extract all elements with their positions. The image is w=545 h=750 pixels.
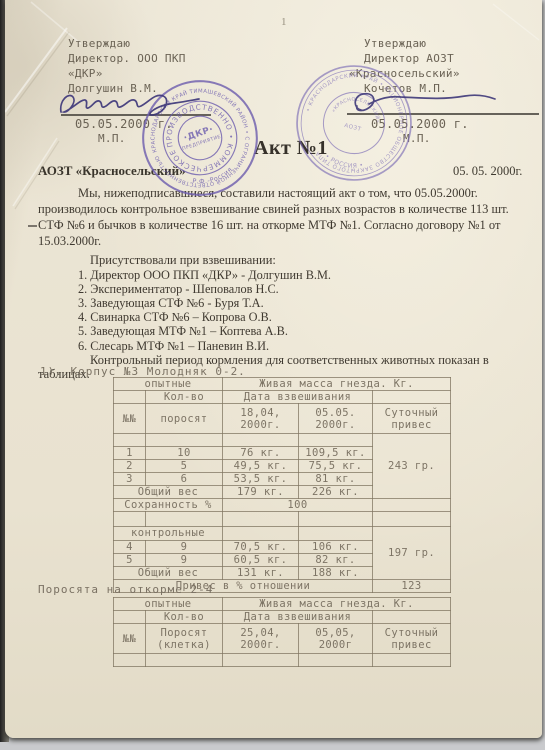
table-cell [146, 654, 223, 667]
table2-caption: Поросята на откорме 2-4 [38, 583, 213, 596]
table-cell: 2 [114, 460, 146, 473]
signature-right [345, 88, 501, 122]
table-cell [223, 527, 299, 540]
table-cell: 9 [146, 553, 223, 566]
table1-h-kolvo: Кол-во [146, 391, 223, 404]
table2-h-data: Дата взвешивания [223, 611, 373, 624]
sohrannost-label: Сохранность % [114, 499, 223, 512]
table-cell: 3 [114, 473, 146, 486]
table-cell [114, 512, 146, 527]
attendee-item: 1. Директор ООО ПКП «ДКР» - Долгушин В.М… [78, 268, 512, 282]
approve-left-line2: Директор. ООО ПКП [68, 51, 186, 66]
table-cell: 49,5 кг. [223, 460, 299, 473]
table-cell [114, 611, 146, 624]
table-cell: 109,5 кг. [299, 447, 373, 460]
table-cell: 70,5 кг. [223, 540, 299, 553]
attendee-item: 2. Экспериментатор - Шеповалов Н.С. [78, 282, 512, 296]
paper: 1 Утверждаю Директор. ООО ПКП «ДКР» Долг… [5, 0, 542, 738]
table1-prives-opytnye: 243 гр. [373, 434, 451, 499]
weighing-table-2: опытные Живая масса гнезда. Кг. Кол-во Д… [113, 597, 451, 667]
attendee-item: 5. Заведующая МТФ №1 – Коптева А.В. [78, 324, 512, 338]
table-row: Сохранность % 100 [114, 499, 451, 512]
table1-h-num: №№ [114, 404, 146, 434]
table-row: контрольные 197 гр. [114, 527, 451, 540]
table-cell [373, 512, 451, 527]
table-cell: 4 [114, 540, 146, 553]
table-cell [223, 434, 299, 447]
table-cell: 5 [114, 553, 146, 566]
attendees-heading: Присутствовали при взвешивании: [90, 253, 512, 268]
kontrolnye-label: контрольные [114, 527, 223, 540]
table-cell [223, 512, 299, 527]
total-label: Общий вес [114, 486, 223, 499]
table-cell: 53,5 кг. [223, 473, 299, 486]
table-cell [299, 527, 373, 540]
table-cell: 75,5 кг. [299, 460, 373, 473]
table-cell: 60,5 кг. [223, 553, 299, 566]
stamp-right-center-text: АОЗТ [343, 123, 362, 133]
table2-h-porosyat: Поросят (клетка) [146, 624, 223, 654]
table-cell: 131 кг. [223, 566, 299, 579]
table1-h-porosyat: поросят [146, 404, 223, 434]
attendee-item: 6. Слесарь МТФ №1 – Паневин В.И. [78, 339, 512, 353]
table-cell [114, 391, 146, 404]
act-date: 05. 05. 2000г. [453, 164, 522, 179]
sohrannost-value: 100 [223, 499, 373, 512]
table-cell: 9 [146, 540, 223, 553]
page-number: 1 [281, 16, 287, 28]
table2-h-sutochny: Суточный привес [373, 624, 451, 654]
table-cell: 81 кг. [299, 473, 373, 486]
table1-h-opytnye: опытные [114, 378, 223, 391]
table2-h-opytnye: опытные [114, 598, 223, 611]
weighing-table-1: опытные Живая масса гнезда. Кг. Кол-во Д… [113, 377, 451, 593]
table1-h-sutochny: Суточный привес [373, 404, 451, 434]
table-cell [146, 512, 223, 527]
signature-left [53, 86, 203, 122]
approve-left-line1: Утверждаю [68, 36, 186, 51]
table-cell: 82 кг. [299, 553, 373, 566]
scanned-document-screen: 1 Утверждаю Директор. ООО ПКП «ДКР» Долг… [0, 0, 545, 750]
table-cell: 188 кг. [299, 566, 373, 579]
table-cell [373, 391, 451, 404]
prives-total-value: 123 [373, 579, 451, 592]
table-cell: 76 кг. [223, 447, 299, 460]
table-cell [299, 434, 373, 447]
table1-h-date1: 18,04, 2000г. [223, 404, 299, 434]
attendee-item: 4. Свинарка СТФ №6 – Копрова О.В. [78, 310, 512, 324]
table-cell: 106 кг. [299, 540, 373, 553]
table2-h-kolvo: Кол-во [146, 611, 223, 624]
table1-h-mass: Живая масса гнезда. Кг. [223, 378, 451, 391]
table1-h-data: Дата взвешивания [223, 391, 373, 404]
table-cell [114, 654, 146, 667]
table-cell [299, 654, 373, 667]
table-cell: 5 [146, 460, 223, 473]
table-cell [146, 434, 223, 447]
table-cell [373, 611, 451, 624]
table-cell: 1 [114, 447, 146, 460]
table1-h-date2: 05.05. 2000г. [299, 404, 373, 434]
table1-prives-kontrolnye: 197 гр. [373, 527, 451, 579]
table2-h-date1: 25,04, 2000г. [223, 624, 299, 654]
table-cell [223, 654, 299, 667]
table2-h-mass: Живая масса гнезда. Кг. [223, 598, 451, 611]
approve-left-mp: М.П. [98, 131, 126, 146]
table-cell: 6 [146, 473, 223, 486]
table-cell [299, 512, 373, 527]
pen-mark [28, 225, 37, 227]
table-cell [373, 499, 451, 512]
table-cell: 10 [146, 447, 223, 460]
table-cell [114, 434, 146, 447]
table-cell [373, 654, 451, 667]
table2-h-date2: 05,05, 2000г [299, 624, 373, 654]
attendee-item: 3. Заведующая СТФ №6 - Буря Т.А. [78, 296, 512, 310]
table-cell: 179 кг. [223, 486, 299, 499]
approve-right-line1: Утверждаю [349, 36, 460, 51]
round-stamp-krasnoselsky: • КРАСНОДАРСКИЙ КРАЙ • АКЦИОНЕРНОЕ ОБЩЕС… [293, 62, 415, 184]
intro-paragraph: Мы, нижеподписавшиеся, составили настоящ… [38, 185, 512, 249]
table2-h-num: №№ [114, 624, 146, 654]
total-label: Общий вес [114, 566, 223, 579]
document-body: Мы, нижеподписавшиеся, составили настоящ… [38, 185, 512, 382]
table-cell: 226 кг. [299, 486, 373, 499]
